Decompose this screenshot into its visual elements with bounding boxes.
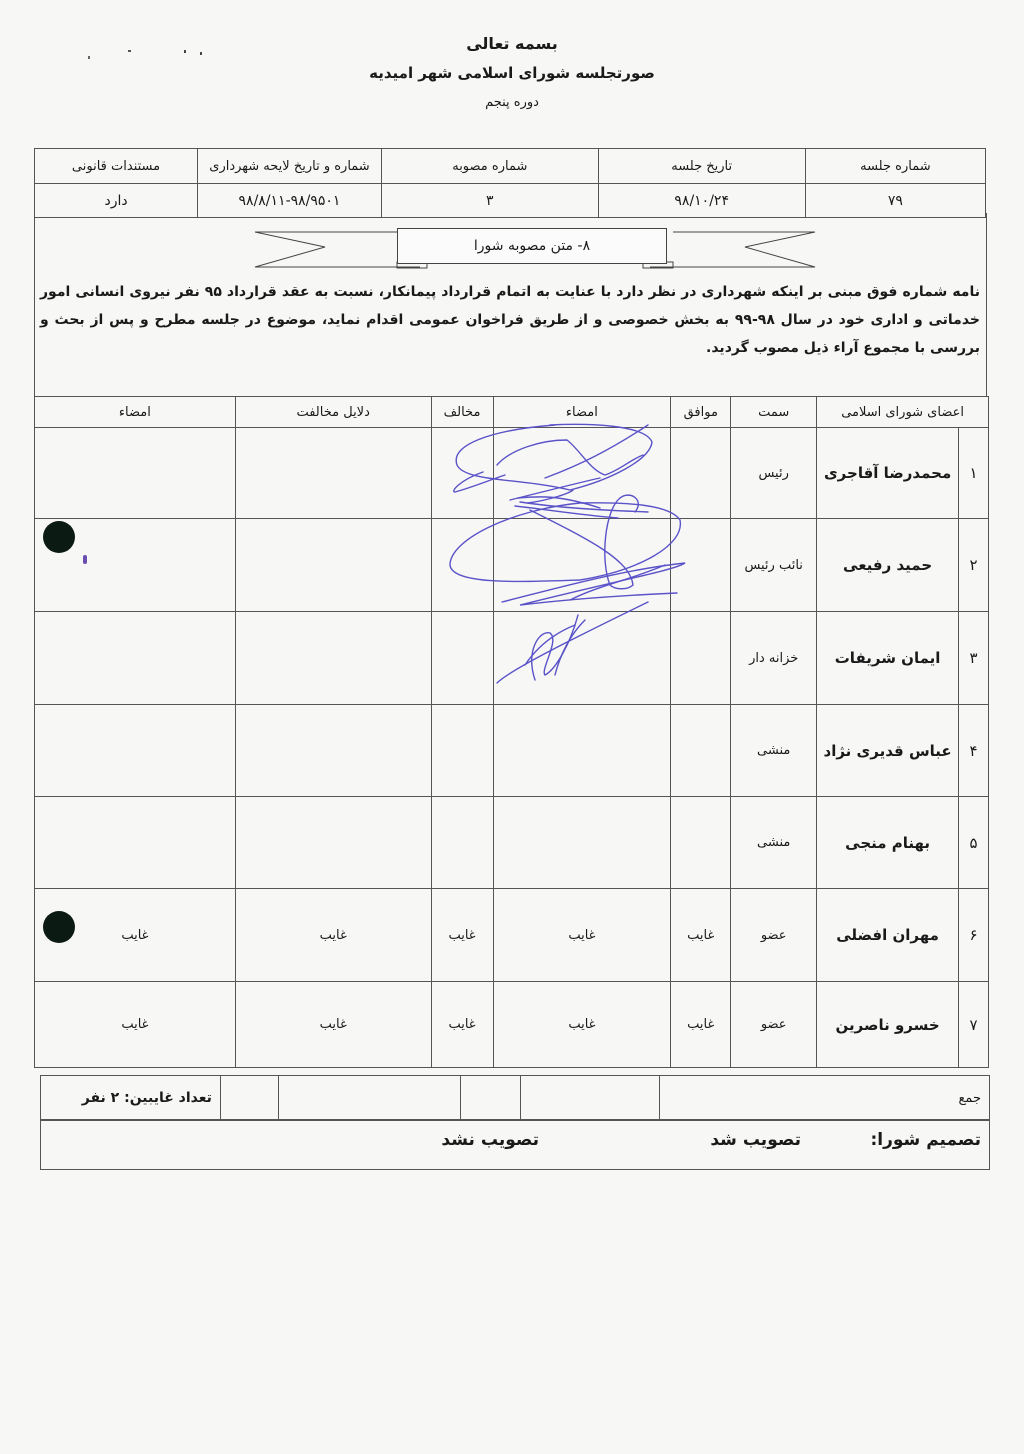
member-number: ۴ xyxy=(959,705,989,797)
header-resolution-number: شماره مصوبه xyxy=(381,149,598,184)
session-meta-table: شماره جلسه تاریخ جلسه شماره مصوبه شماره … xyxy=(34,148,986,218)
reason-cell xyxy=(235,797,431,889)
agree-cell: غایب xyxy=(671,889,731,982)
col-signature-2: امضاء xyxy=(35,397,236,428)
col-members: اعضای شورای اسلامی xyxy=(817,397,989,428)
member-name: بهنام منجی xyxy=(817,797,959,889)
reason-cell xyxy=(235,705,431,797)
member-role: منشی xyxy=(731,705,817,797)
col-role: سمت xyxy=(731,397,817,428)
absent-count: تعداد غایبین: ۲ نفر xyxy=(41,1076,221,1121)
rejected-label: تصویب نشد xyxy=(441,1130,539,1150)
header-bill-number-date: شماره و تاریخ لایحه شهرداری xyxy=(198,149,382,184)
member-role: نائب رئیس xyxy=(731,519,817,612)
header-legal-documents: مستندات قانونی xyxy=(35,149,198,184)
table-row: ۶ مهران افضلی عضو غایب غایب غایب غایب غا… xyxy=(35,889,989,982)
signature-cell-2: غایب xyxy=(35,889,236,982)
signature-cell-2 xyxy=(35,612,236,705)
total-agree-cell xyxy=(460,1076,520,1121)
decision-label: تصمیم شورا: xyxy=(870,1130,981,1150)
total-label: جمع xyxy=(660,1076,990,1121)
col-opposition-reasons: دلایل مخالفت xyxy=(235,397,431,428)
signature-cell-2: غایب xyxy=(35,982,236,1068)
member-role: منشی xyxy=(731,797,817,889)
header-session-date: تاریخ جلسه xyxy=(598,149,805,184)
member-role: رئیس xyxy=(731,428,817,519)
signature-cell-2 xyxy=(35,705,236,797)
agree-cell: غایب xyxy=(671,982,731,1068)
total-role-cell xyxy=(520,1076,660,1121)
member-role: عضو xyxy=(731,982,817,1068)
signature-cell: غایب xyxy=(493,889,671,982)
handwritten-signatures-icon xyxy=(430,420,730,900)
reason-cell: غایب xyxy=(235,982,431,1068)
member-number: ۷ xyxy=(959,982,989,1068)
signature-cell-2 xyxy=(35,519,236,612)
header-session-number: شماره جلسه xyxy=(805,149,985,184)
member-number: ۳ xyxy=(959,612,989,705)
member-name: عباس قدیری نژاد xyxy=(817,705,959,797)
council-term: دوره پنجم xyxy=(0,95,1024,110)
resolution-heading: ۸- متن مصوبه شورا xyxy=(397,228,667,264)
total-oppose-cell xyxy=(220,1076,278,1121)
member-number: ۵ xyxy=(959,797,989,889)
resolution-text: نامه شماره فوق مبنی بر اینکه شهرداری در … xyxy=(40,278,980,362)
document-title: صورتجلسه شورای اسلامی شهر امیدیه xyxy=(0,64,1024,82)
invocation-heading: بسمه تعالی xyxy=(0,34,1024,53)
oppose-cell: غایب xyxy=(431,982,493,1068)
reason-cell xyxy=(235,519,431,612)
reason-cell xyxy=(235,428,431,519)
member-name: محمدرضا آقاجری xyxy=(817,428,959,519)
member-number: ۱ xyxy=(959,428,989,519)
member-name: مهران افضلی xyxy=(817,889,959,982)
member-name: خسرو ناصرین xyxy=(817,982,959,1068)
member-number: ۲ xyxy=(959,519,989,612)
member-number: ۶ xyxy=(959,889,989,982)
signature-cell-2 xyxy=(35,428,236,519)
summary-row: جمع تعداد غایبین: ۲ نفر xyxy=(40,1075,990,1121)
member-role: عضو xyxy=(731,889,817,982)
council-decision-row: تصمیم شورا: تصویب شد تصویب نشد xyxy=(40,1119,990,1170)
member-role: خزانه دار xyxy=(731,612,817,705)
signature-cell: غایب xyxy=(493,982,671,1068)
reason-cell: غایب xyxy=(235,889,431,982)
reason-cell xyxy=(235,612,431,705)
approved-label: تصویب شد xyxy=(710,1130,801,1150)
member-name: ایمان شریفات xyxy=(817,612,959,705)
total-signature-cell xyxy=(278,1076,460,1121)
table-row: ۷ خسرو ناصرین عضو غایب غایب غایب غایب غا… xyxy=(35,982,989,1068)
member-name: حمید رفیعی xyxy=(817,519,959,612)
signature-cell-2 xyxy=(35,797,236,889)
oppose-cell: غایب xyxy=(431,889,493,982)
